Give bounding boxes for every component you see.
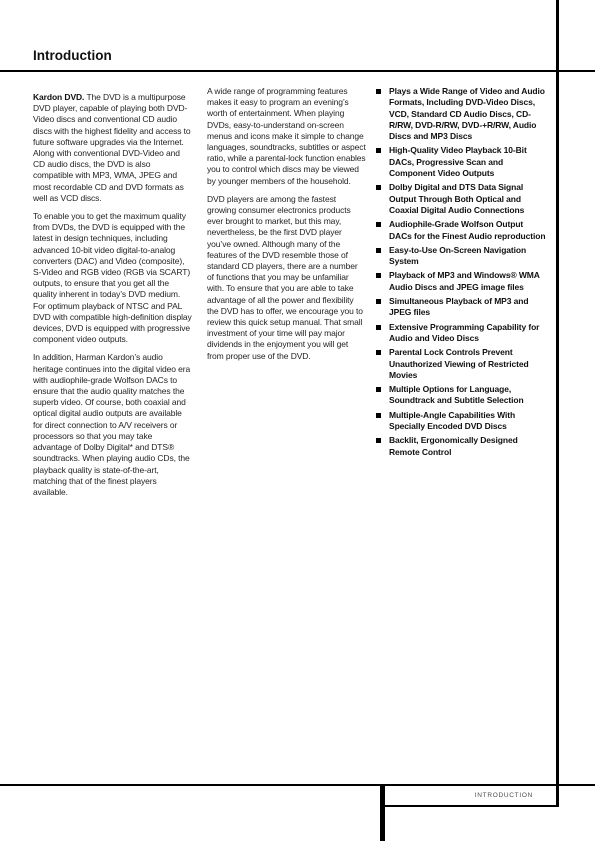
paragraph-audio-heritage: In addition, Harman Kardon’s audio herit… xyxy=(33,352,192,498)
heading-rule xyxy=(0,70,595,72)
feature-text: Plays a Wide Range of Video and Audio Fo… xyxy=(389,86,548,142)
feature-text: High-Quality Video Playback 10-Bit DACs,… xyxy=(389,145,548,179)
feature-text: Backlit, Ergonomically Designed Remote C… xyxy=(389,435,548,458)
bullet-square-icon xyxy=(376,325,381,330)
feature-item: Extensive Programming Capability for Aud… xyxy=(376,322,548,345)
feature-item: Simultaneous Playback of MP3 and JPEG fi… xyxy=(376,296,548,319)
feature-item: Backlit, Ergonomically Designed Remote C… xyxy=(376,435,548,458)
feature-text: Extensive Programming Capability for Aud… xyxy=(389,322,548,345)
feature-text: Playback of MP3 and Windows® WMA Audio D… xyxy=(389,270,548,293)
footer-label-text: INTRODUCTION xyxy=(475,792,533,799)
feature-item: Plays a Wide Range of Video and Audio Fo… xyxy=(376,86,548,142)
page-title: Introduction xyxy=(33,48,112,63)
feature-list: Plays a Wide Range of Video and Audio Fo… xyxy=(376,86,548,461)
bullet-square-icon xyxy=(376,222,381,227)
paragraph-dvd-players: DVD players are among the fastest growin… xyxy=(207,194,366,362)
paragraph-programming-features: A wide range of programming features mak… xyxy=(207,86,366,187)
bullet-square-icon xyxy=(376,299,381,304)
feature-item: Parental Lock Controls Prevent Unauthori… xyxy=(376,347,548,381)
bullet-square-icon xyxy=(376,248,381,253)
right-border-line xyxy=(556,0,559,805)
column-left: Kardon DVD. The DVD is a multipurpose DV… xyxy=(33,92,192,505)
feature-text: Audiophile-Grade Wolfson Output DACs for… xyxy=(389,219,548,242)
bullet-square-icon xyxy=(376,148,381,153)
bullet-square-icon xyxy=(376,438,381,443)
feature-text: Parental Lock Controls Prevent Unauthori… xyxy=(389,347,548,381)
bullet-square-icon xyxy=(376,185,381,190)
feature-item: Multiple Options for Language, Soundtrac… xyxy=(376,384,548,407)
feature-text: Multiple Options for Language, Soundtrac… xyxy=(389,384,548,407)
footer-section-label: INTRODUCTION xyxy=(385,785,557,805)
bullet-square-icon xyxy=(376,89,381,94)
paragraph-text: The DVD is a multipurpose DVD player, ca… xyxy=(33,92,191,203)
feature-item: Audiophile-Grade Wolfson Output DACs for… xyxy=(376,219,548,242)
paragraph-video-quality: To enable you to get the maximum quality… xyxy=(33,211,192,345)
paragraph-lead: Kardon DVD. xyxy=(33,92,84,102)
footer-bottom-rule xyxy=(383,805,559,807)
paragraph-intro-product: Kardon DVD. The DVD is a multipurpose DV… xyxy=(33,92,192,204)
feature-text: Simultaneous Playback of MP3 and JPEG fi… xyxy=(389,296,548,319)
manual-page: Introduction Kardon DVD. The DVD is a mu… xyxy=(0,0,595,841)
bullet-square-icon xyxy=(376,387,381,392)
feature-item: High-Quality Video Playback 10-Bit DACs,… xyxy=(376,145,548,179)
column-middle: A wide range of programming features mak… xyxy=(207,86,366,369)
feature-item: Easy-to-Use On-Screen Navigation System xyxy=(376,245,548,268)
feature-text: Multiple-Angle Capabilities With Special… xyxy=(389,410,548,433)
bullet-square-icon xyxy=(376,413,381,418)
bullet-square-icon xyxy=(376,273,381,278)
feature-text: Dolby Digital and DTS Data Signal Output… xyxy=(389,182,548,216)
feature-item: Playback of MP3 and Windows® WMA Audio D… xyxy=(376,270,548,293)
feature-text: Easy-to-Use On-Screen Navigation System xyxy=(389,245,548,268)
feature-item: Multiple-Angle Capabilities With Special… xyxy=(376,410,548,433)
feature-item: Dolby Digital and DTS Data Signal Output… xyxy=(376,182,548,216)
bullet-square-icon xyxy=(376,350,381,355)
